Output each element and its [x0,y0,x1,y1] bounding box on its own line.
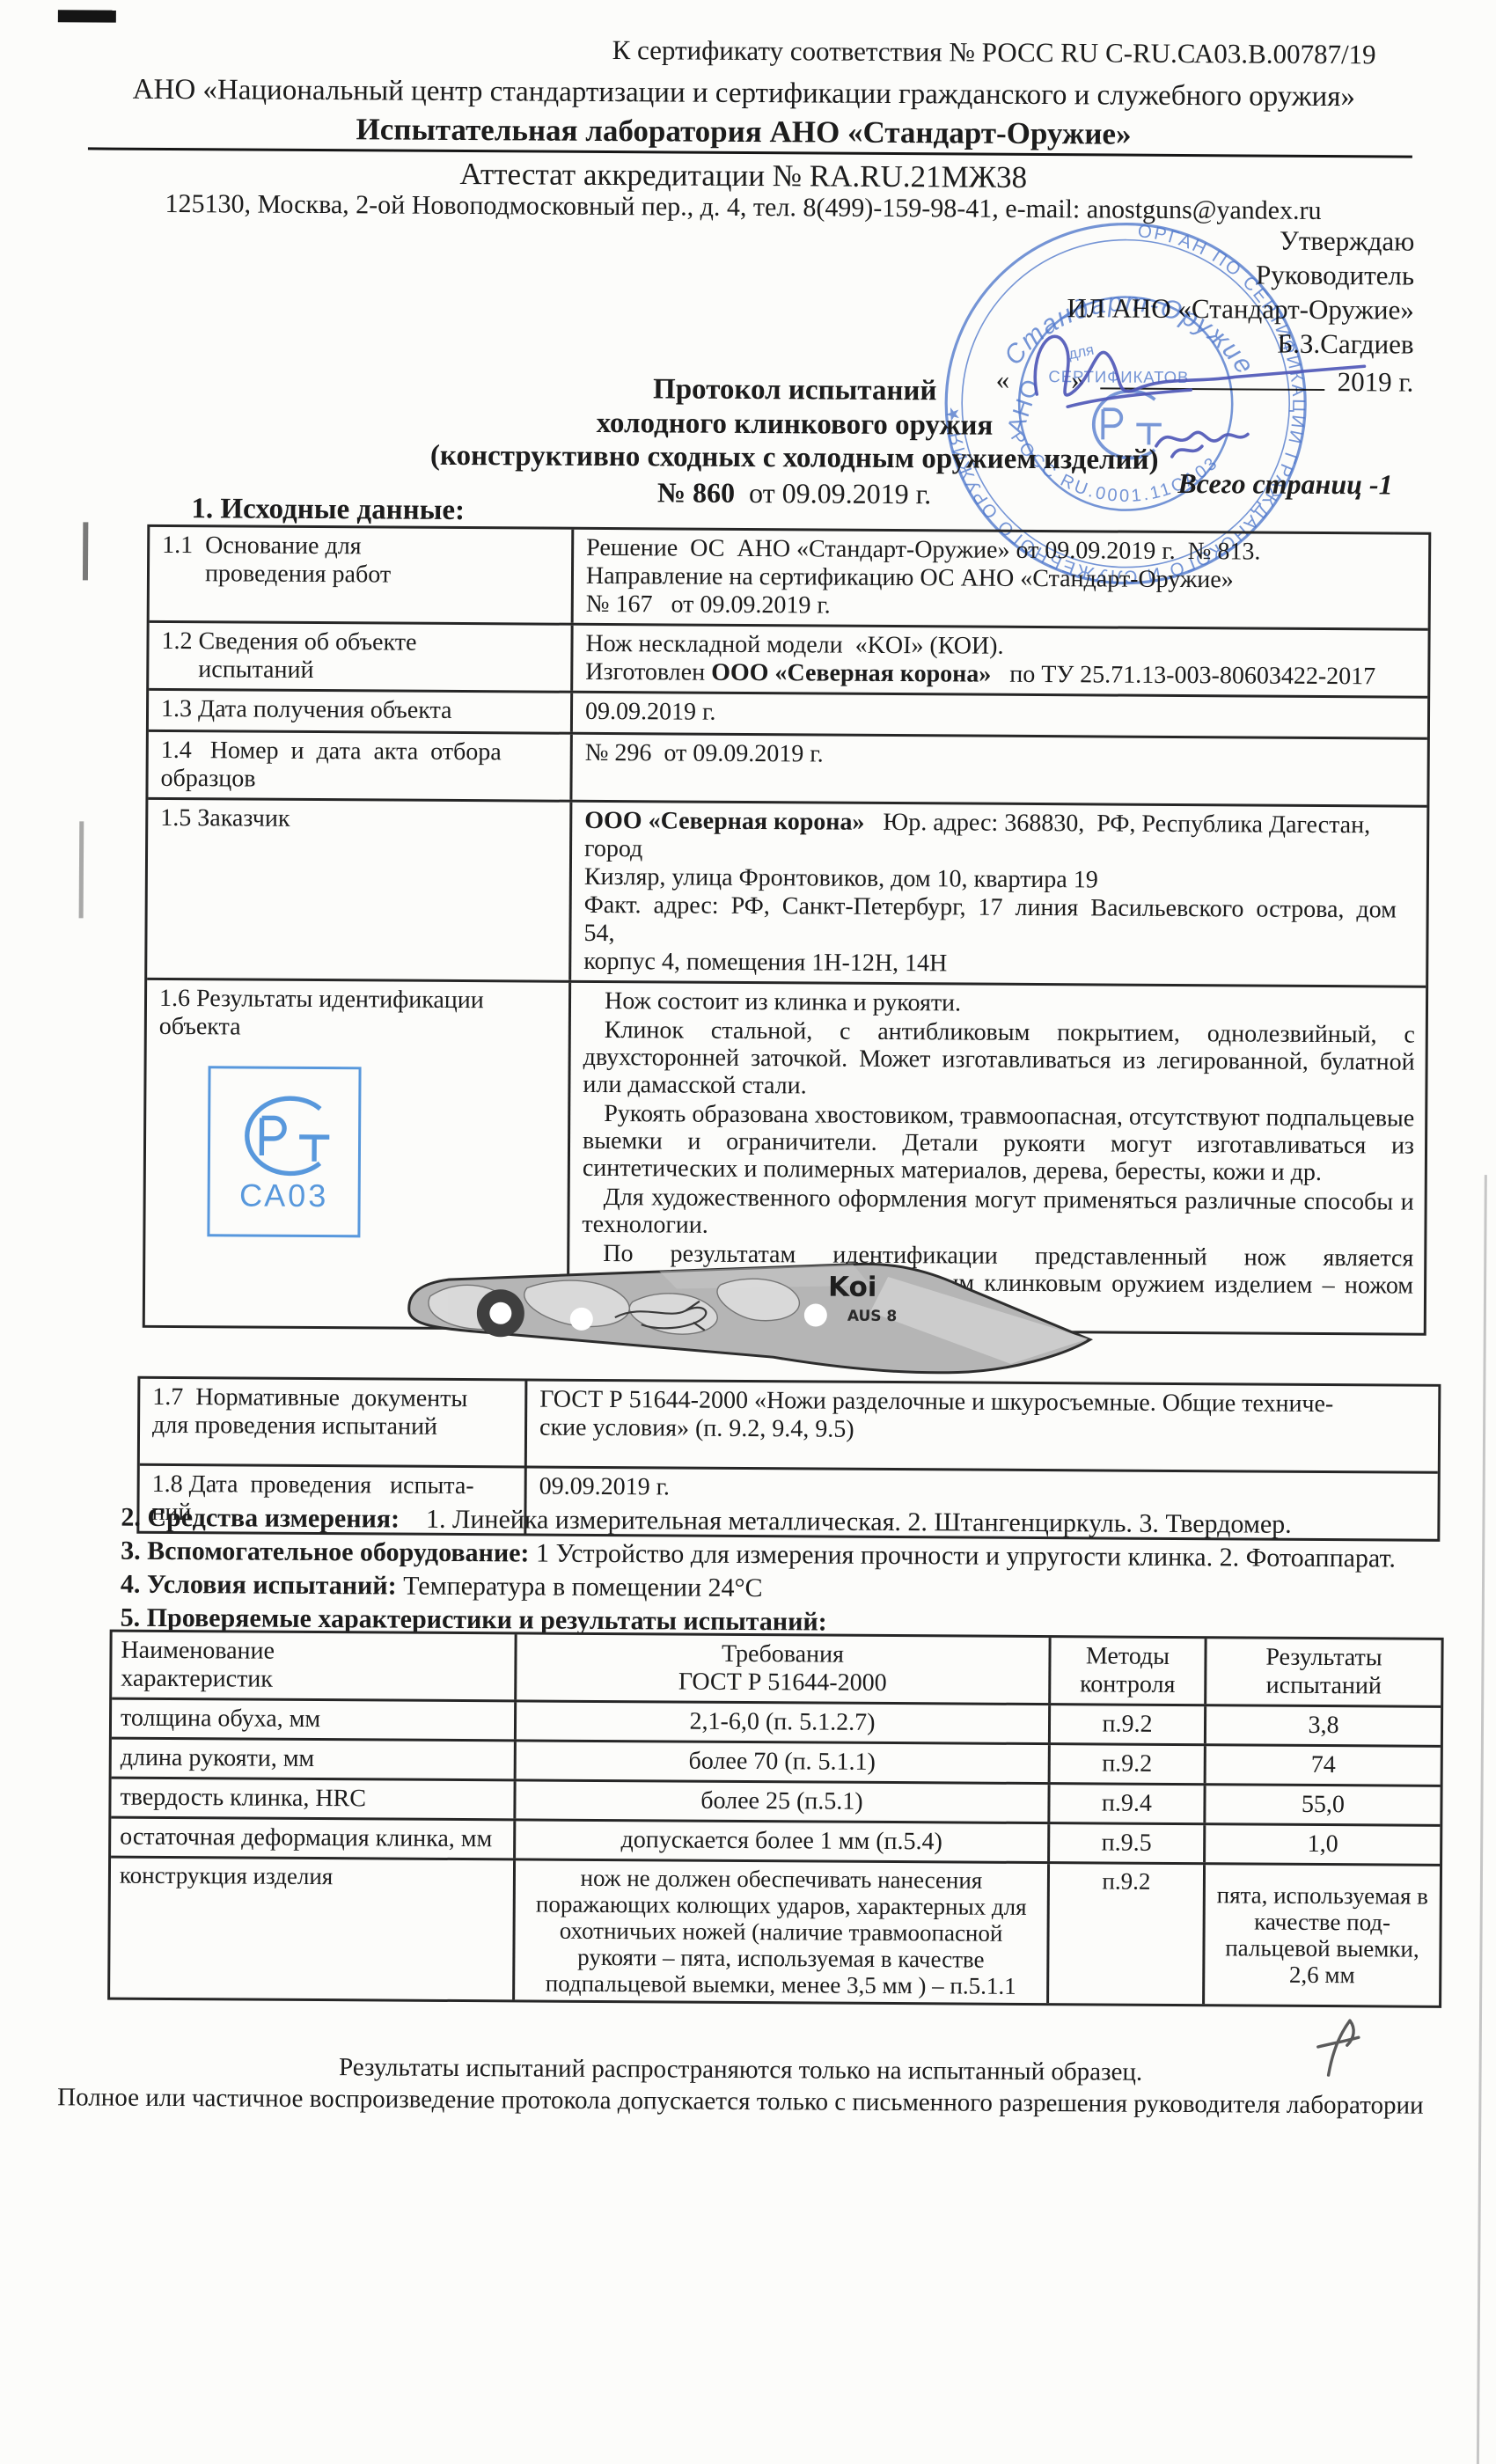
handle-hole [570,1308,593,1331]
header-cell: Результаты испытаний [1204,1639,1441,1705]
table-row: 1.2 Сведения об объекте испытаний Нож не… [149,620,1427,696]
scan-artifact-left-1 [83,522,88,580]
table-row: остаточная деформация клинка, мм допуска… [111,1816,1440,1864]
protocol-date: от 09.09.2019 г. [735,476,931,509]
table-row: твердость клинка, HRC более 25 (п.5.1) п… [111,1777,1440,1824]
blade-steel-text: AUS 8 [847,1308,898,1325]
sections-2-to-5: 2. Средства измерения: 1. Линейка измери… [121,1503,1424,1645]
laboratory-name: Испытательная лаборатория АНО «Стандарт-… [57,110,1430,154]
row-label-cell: 1.7 Нормативные документы для проведения… [140,1379,525,1466]
table-row: 1.5 Заказчик ООО «Северная корона» Юр. а… [147,797,1426,986]
scan-artifact-left-2 [79,821,84,918]
table-row: 1.4 Номер и дата акта отбора образцов № … [148,730,1426,805]
scanned-protocol-document: К сертификату соответствия № РОСС RU C-R… [0,0,1496,2464]
footer-note-reproduction: Полное или частичное воспроизведение про… [0,2083,1488,2121]
pages-count-note: Всего страниц -1 [1129,467,1393,502]
table-row: 1.7 Нормативные документы для проведения… [140,1379,1439,1471]
scan-edge-line [1477,1175,1487,2464]
protocol-number: № 860 [657,476,735,509]
table-row: толщина обуха, мм 2,1-6,0 (п. 5.1.2.7) п… [112,1698,1441,1745]
header-cell: Требования ГОСТ Р 51644-2000 [514,1634,1048,1703]
row-value-cell: ООО «Северная корона» Юр. адрес: 368830,… [568,803,1426,986]
table-row: 1.1 Основание для проведения работ Решен… [150,527,1429,628]
row-value-cell: № 296 от 09.09.2019 г. [569,735,1426,805]
organization-name: АНО «Национальный центр стандартизации и… [57,73,1430,114]
section3-line: 3. Вспомогательное оборудование: 1 Устро… [121,1536,1423,1574]
rst-conformity-mark: СА03 [207,1066,361,1237]
table-row: 1.3 Дата получения объекта 09.09.2019 г. [149,688,1427,737]
scan-artifact-top [58,10,116,22]
handle-hole [804,1303,827,1326]
section1-heading: 1. Исходные данные: [191,493,465,527]
row-value-cell: 09.09.2019 г. [570,693,1427,737]
results-table: Наименование характеристик Требования ГО… [107,1630,1444,2008]
header-cell: Наименование характеристик [112,1632,514,1700]
results-table-header: Наименование характеристик Требования ГО… [112,1632,1441,1705]
certificate-reference-line: К сертификату соответствия № РОСС RU C-R… [612,34,1492,71]
section4-line: 4. Условия испытаний: Температура в поме… [121,1570,1423,1608]
row-label-cell: 1.2 Сведения об объекте испытаний [149,623,570,691]
row-value-cell: Нож нескладной модели «KOI» (КОИ). Изгот… [570,626,1427,696]
row-label-cell: 1.1 Основание для проведения работ [150,527,572,623]
row-value-cell: Решение ОС АНО «Стандарт-Оружие» от 09.0… [571,530,1429,628]
blade-brand-text: Koi [828,1272,877,1303]
row-label-cell: 1.4 Номер и дата акта отбора образцов [148,732,569,800]
header-cell: Методы контроля [1048,1638,1204,1704]
knife-photo: Koi AUS 8 [394,1248,1099,1391]
table-row: длина рукояти, мм более 70 (п. 5.1.1) п.… [112,1737,1441,1785]
rst-mark-code: СА03 [239,1181,328,1210]
rst-mark-icon [228,1093,341,1178]
table-row: конструкция изделия нож не должен обеспе… [110,1856,1440,2006]
initial-data-table: 1.1 Основание для проведения работ Решен… [143,524,1432,1336]
row-value-cell: ГОСТ Р 51644-2000 «Ножи разделочные и шк… [524,1381,1439,1470]
pen-check-mark [1302,2010,1373,2094]
row-label-cell: 1.5 Заказчик [147,800,569,980]
row-label-cell: 1.3 Дата получения объекта [149,691,570,732]
